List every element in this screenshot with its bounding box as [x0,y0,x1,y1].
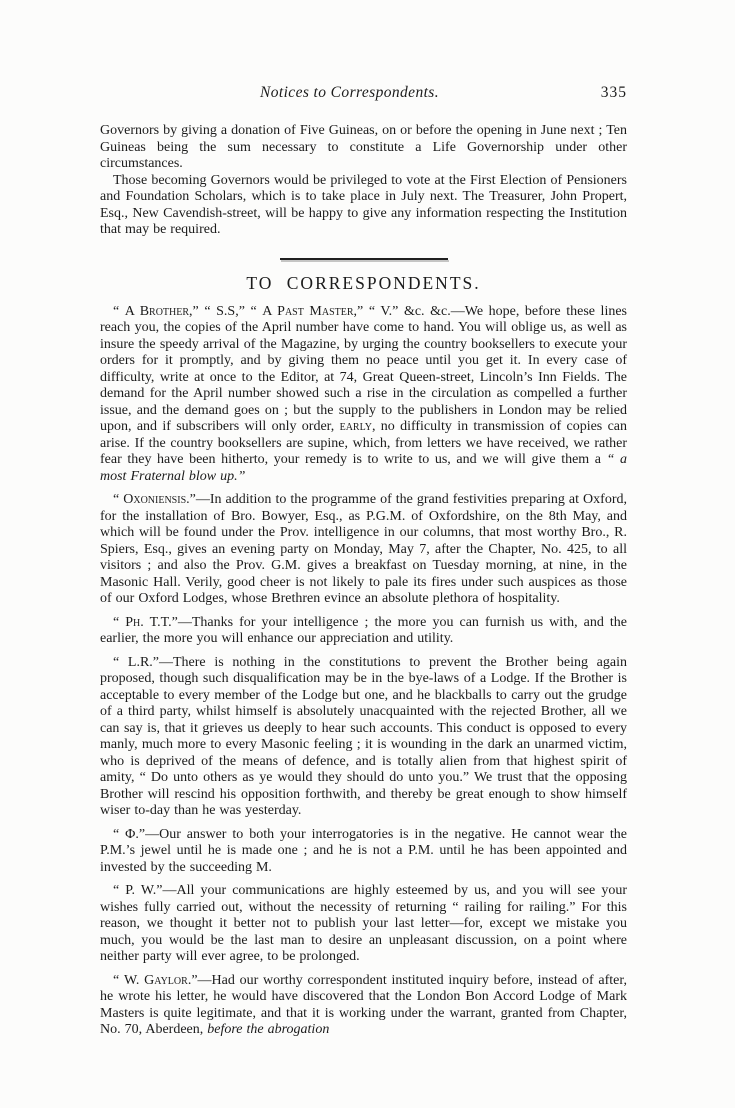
paragraph: “ Φ.”—Our answer to both your interrogat… [100,827,627,877]
paragraph: “ P. W.”—All your communications are hig… [100,883,627,966]
intro-paragraphs: Governors by giving a donation of Five G… [100,123,627,239]
text-run: .”—In addition to the programme of the g… [100,492,627,606]
text-run: Those becoming Governors would be privil… [100,173,627,238]
text-run: W. Gaylor [124,973,188,988]
paragraph: “ W. Gaylor.”—Had our worthy corresponde… [100,973,627,1039]
text-run: Ph. [125,615,144,630]
text-run: “ [113,492,123,507]
text-run: “ [113,973,124,988]
running-title: Notices to Correspondents. [86,84,613,102]
section-divider-rule [280,258,448,260]
paragraph: “ Oxoniensis.”—In addition to the progra… [100,492,627,608]
text-run: early [340,419,372,434]
paragraph: “ A Brother,” “ S.S,” “ A Past Master,” … [100,304,627,486]
text-run: “ [113,615,125,630]
page-number: 335 [601,84,627,102]
text-run: “ [113,304,125,319]
correspondents-entries: “ A Brother,” “ S.S,” “ A Past Master,” … [100,304,627,1039]
scanned-document-page: Notices to Correspondents. 335 Governors… [0,0,735,1108]
text-run: “ Φ.”—Our answer to both your interrogat… [100,827,627,875]
text-run: Governors by giving a donation of Five G… [100,123,627,171]
paragraph: Those becoming Governors would be privil… [100,173,627,239]
text-run: ,” “ S.S,” “ [189,304,262,319]
text-run: “ P. W.”—All your communications are hig… [100,883,627,964]
page-header: Notices to Correspondents. 335 [100,84,627,104]
text-run: ,” “ V.” &c. &c.—We hope, before these l… [100,304,627,435]
text-run: A Past Master [262,304,353,319]
section-heading: TO CORRESPONDENTS. [100,273,627,294]
paragraph: “ Ph. T.T.”—Thanks for your intelligence… [100,615,627,648]
text-run: T.T.”—Thanks for your intelligence ; the… [100,615,627,647]
paragraph: Governors by giving a donation of Five G… [100,123,627,173]
paragraph: “ L.R.”—There is nothing in the constitu… [100,655,627,820]
text-run: before the abrogation [207,1022,329,1037]
text-run: “ L.R.”—There is nothing in the constitu… [100,655,627,819]
text-run: Oxoniensis [123,492,186,507]
text-run: A Brother [125,304,189,319]
